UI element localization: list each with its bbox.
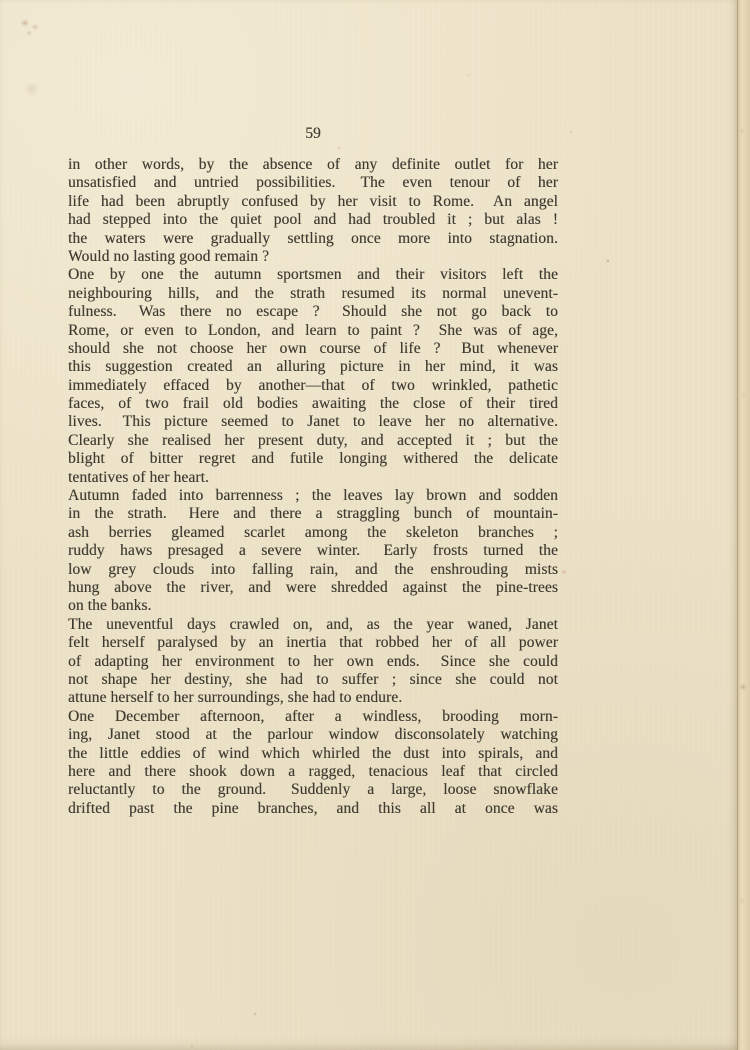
text-line: drifted past the pine branches, and this… xyxy=(68,800,558,818)
text-line: One by one the autumn sportsmen and thei… xyxy=(68,266,558,284)
paper-specks xyxy=(0,0,2,2)
page-edge xyxy=(738,0,750,1050)
foxing-stain-faint xyxy=(24,82,40,96)
text-line: Clearly she realised her present duty, a… xyxy=(68,432,558,450)
text-line: ash berries gleamed scarlet among the sk… xyxy=(68,524,558,542)
text-line: immediately effaced by another—that of t… xyxy=(68,377,558,395)
text-line: Autumn faded into barrenness ; the leave… xyxy=(68,487,558,505)
text-line: unsatisfied and untried possibilities. T… xyxy=(68,174,558,192)
paragraph: One December afternoon, after a windless… xyxy=(68,708,558,818)
text-line: The uneventful days crawled on, and, as … xyxy=(68,616,558,634)
text-line: blight of bitter regret and futile longi… xyxy=(68,450,558,468)
text-line: had stepped into the quiet pool and had … xyxy=(68,211,558,229)
text-line: life had been abruptly confused by her v… xyxy=(68,193,558,211)
text-line: should she not choose her own course of … xyxy=(68,340,558,358)
text-line: ing, Janet stood at the parlour window d… xyxy=(68,726,558,744)
text-line: ruddy haws presaged a severe winter. Ear… xyxy=(68,542,558,560)
text-line: faces, of two frail old bodies awaiting … xyxy=(68,395,558,413)
text-line: Would no lasting good remain ? xyxy=(68,248,558,266)
text-line: in other words, by the absence of any de… xyxy=(68,156,558,174)
paragraph: Autumn faded into barrenness ; the leave… xyxy=(68,487,558,616)
text-line: here and there shook down a ragged, tena… xyxy=(68,763,558,781)
text-line: the waters were gradually settling once … xyxy=(68,230,558,248)
paragraph: in other words, by the absence of any de… xyxy=(68,156,558,266)
text-line: low grey clouds into falling rain, and t… xyxy=(68,561,558,579)
text-line: One December afternoon, after a windless… xyxy=(68,708,558,726)
foxing-stain xyxy=(14,12,52,46)
text-line: not shape her destiny, she had to suffer… xyxy=(68,671,558,689)
text-line: of adapting her environment to her own e… xyxy=(68,653,558,671)
text-line: fulness. Was there no escape ? Should sh… xyxy=(68,303,558,321)
text-line: tentatives of her heart. xyxy=(68,469,558,487)
text-line: Rome, or even to London, and learn to pa… xyxy=(68,322,558,340)
text-line: neighbouring hills, and the strath resum… xyxy=(68,285,558,303)
text-line: on the banks. xyxy=(68,597,558,615)
paragraph: One by one the autumn sportsmen and thei… xyxy=(68,266,558,487)
text-line: this suggestion created an alluring pict… xyxy=(68,358,558,376)
text-line: lives. This picture seemed to Janet to l… xyxy=(68,413,558,431)
paragraph: The uneventful days crawled on, and, as … xyxy=(68,616,558,708)
book-page: 59 in other words, by the absence of any… xyxy=(0,0,738,1050)
text-line: hung above the river, and were shredded … xyxy=(68,579,558,597)
page-edge-specks xyxy=(738,0,740,2)
text-line: felt herself paralysed by an inertia tha… xyxy=(68,634,558,652)
text-line: reluctantly to the ground. Suddenly a la… xyxy=(68,781,558,799)
page-number: 59 xyxy=(68,124,558,144)
text-line: in the strath. Here and there a straggli… xyxy=(68,505,558,523)
text-line: the little eddies of wind which whirled … xyxy=(68,745,558,763)
text-block: in other words, by the absence of any de… xyxy=(68,156,558,818)
text-line: attune herself to her surroundings, she … xyxy=(68,689,558,707)
